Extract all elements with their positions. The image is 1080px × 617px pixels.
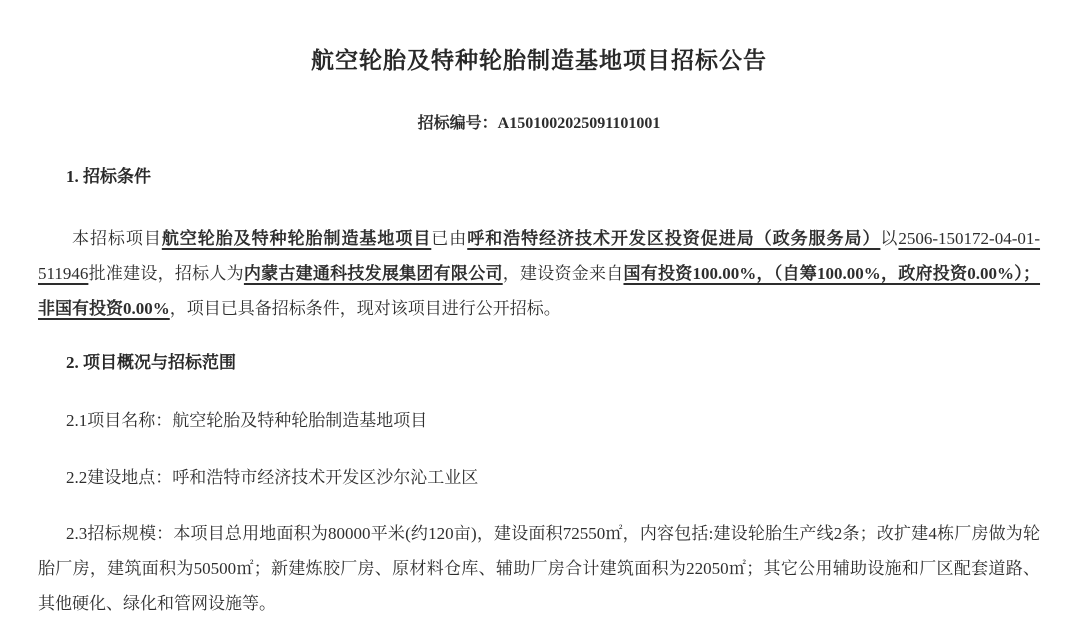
tender-number-value: A1501002025091101001 bbox=[498, 115, 661, 132]
paragraph-segment-tenderee: 内蒙古建通科技发展集团有限公司 bbox=[244, 264, 503, 283]
paragraph-segment: ，项目已具备招标条件，现对该项目进行公开招标。 bbox=[170, 299, 561, 318]
item-project-name: 2.1项目名称：航空轮胎及特种轮胎制造基地项目 bbox=[38, 403, 1040, 438]
paragraph-segment: 以 bbox=[880, 229, 898, 248]
paragraph-segment-project-name: 航空轮胎及特种轮胎制造基地项目 bbox=[162, 229, 431, 248]
document-title: 航空轮胎及特种轮胎制造基地项目招标公告 bbox=[38, 46, 1040, 76]
item-construction-site: 2.2建设地点：呼和浩特市经济技术开发区沙尔沁工业区 bbox=[38, 460, 1040, 495]
document-content: 航空轮胎及特种轮胎制造基地项目招标公告 招标编号：A15010020250911… bbox=[0, 0, 1080, 617]
item-tender-scale: 2.3招标规模：本项目总用地面积为80000平米(约120亩)，建设面积7255… bbox=[38, 516, 1040, 617]
tender-number-line: 招标编号：A1501002025091101001 bbox=[38, 114, 1040, 134]
paragraph-segment: 本招标项目 bbox=[72, 229, 162, 248]
paragraph-segment: ，建设资金来自 bbox=[503, 264, 624, 283]
paragraph-segment-approver: 呼和浩特经济技术开发区投资促进局（政务服务局） bbox=[467, 229, 880, 248]
section-2-heading: 2. 项目概况与招标范围 bbox=[38, 352, 1040, 374]
paragraph-segment: 批准建设，招标人为 bbox=[88, 264, 244, 283]
announcement-page: 航空轮胎及特种轮胎制造基地项目招标公告 招标编号：A15010020250911… bbox=[0, 0, 1080, 617]
section-1-paragraph: 本招标项目航空轮胎及特种轮胎制造基地项目已由呼和浩特经济技术开发区投资促进局（政… bbox=[38, 221, 1040, 326]
section-1-heading: 1. 招标条件 bbox=[38, 166, 1040, 188]
paragraph-segment: 已由 bbox=[431, 229, 467, 248]
tender-number-label: 招标编号： bbox=[418, 115, 498, 132]
